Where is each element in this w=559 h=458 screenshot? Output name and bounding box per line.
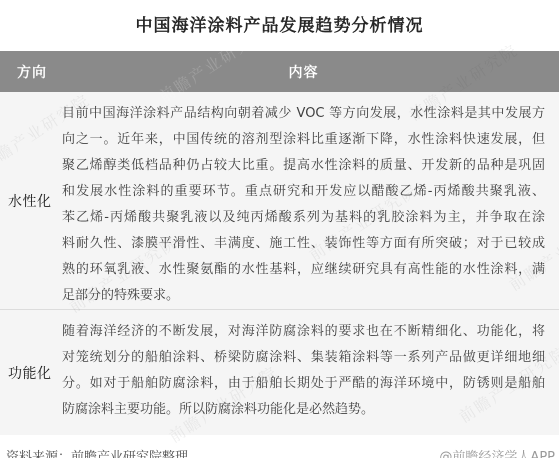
- content-line: 防腐涂料主要功能。所以防腐涂料功能化是必然趋势。: [62, 397, 545, 423]
- source-note: 资料来源：前瞻产业研究院整理: [6, 446, 188, 458]
- row-content-gongnenghua: 随着海洋经济的不断发展，对海洋防腐涂料的要求也在不断精细化、功能化，将 对笼统划…: [62, 310, 559, 435]
- page-title: 中国海洋涂料产品发展趋势分析情况: [0, 0, 559, 36]
- content-line: 料耐久性、漆膜平滑性、丰满度、施工性、装饰性等方面有所突破；对于已较成: [62, 231, 545, 257]
- footer: 资料来源：前瞻产业研究院整理 @前瞻经济学人APP: [0, 435, 559, 458]
- row-label-shuixinghua: 水性化: [0, 92, 62, 309]
- content-line: 和发展水性涂料的重要环节。重点研究和开发应以醋酸乙烯-丙烯酸共聚乳液、: [62, 179, 545, 205]
- content-line: 向之一。近年来，中国传统的溶剂型涂料比重逐渐下降，水性涂料快速发展，但: [62, 127, 545, 153]
- table-header-content: 内容: [62, 62, 559, 82]
- row-content-shuixinghua: 目前中国海洋涂料产品结构向朝着减少 VOC 等方向发展，水性涂料是其中发展方 向…: [62, 92, 559, 309]
- trend-table: 方向 内容 水性化 目前中国海洋涂料产品结构向朝着减少 VOC 等方向发展，水性…: [0, 51, 559, 435]
- content-line: 熟的环氧乳液、水性聚氨酯的水性基料，应继续研究具有高性能的水性涂料，满: [62, 257, 545, 283]
- content-line: 聚乙烯醇类低档品种仍占较大比重。提高水性涂料的质量、开发新的品种是巩固: [62, 153, 545, 179]
- content-line: 目前中国海洋涂料产品结构向朝着减少 VOC 等方向发展，水性涂料是其中发展方: [62, 101, 545, 127]
- table-row: 水性化 目前中国海洋涂料产品结构向朝着减少 VOC 等方向发展，水性涂料是其中发…: [0, 92, 559, 309]
- content-line: 对笼统划分的船舶涂料、桥梁防腐涂料、集装箱涂料等一系列产品做更详细地细: [62, 345, 545, 371]
- row-label-gongnenghua: 功能化: [0, 310, 62, 435]
- table-header-direction: 方向: [0, 62, 62, 82]
- table-row: 功能化 随着海洋经济的不断发展，对海洋防腐涂料的要求也在不断精细化、功能化，将 …: [0, 310, 559, 435]
- table-body: 水性化 目前中国海洋涂料产品结构向朝着减少 VOC 等方向发展，水性涂料是其中发…: [0, 92, 559, 435]
- content-line: 足部分的特殊要求。: [62, 283, 545, 309]
- content-line: 随着海洋经济的不断发展，对海洋防腐涂料的要求也在不断精细化、功能化，将: [62, 319, 545, 345]
- infographic-page: 前瞻产业研究院 前瞻产业研究院 前瞻产业研究院 前瞻产业研究院 前瞻产业研究院 …: [0, 0, 559, 458]
- content-line: 分。如对于船舶防腐涂料，由于船舶长期处于严酷的海洋环境中，防锈则是船舶: [62, 371, 545, 397]
- table-header-row: 方向 内容: [0, 51, 559, 92]
- brand-credit: @前瞻经济学人APP: [439, 446, 555, 458]
- content-line: 苯乙烯-丙烯酸共聚乳液以及纯丙烯酸系列为基料的乳胶涂料为主，并争取在涂: [62, 205, 545, 231]
